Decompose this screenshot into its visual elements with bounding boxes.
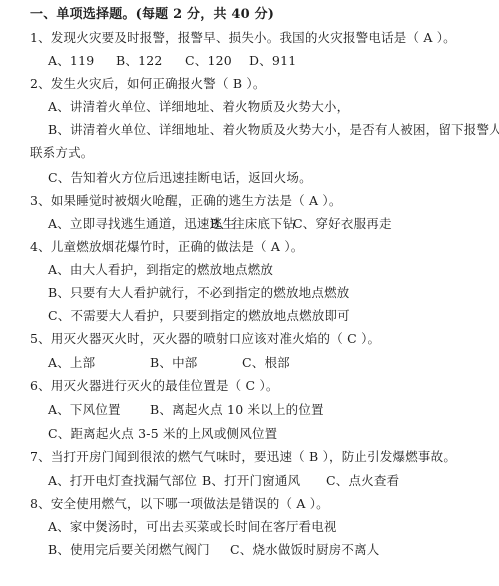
- option-c: C、根部: [242, 355, 290, 371]
- option-b: B、使用完后要关闭燃气阀门: [48, 542, 210, 558]
- option-c: C、点火查看: [326, 473, 399, 489]
- option-a: A、立即寻找逃生通道，迅速逃生: [48, 216, 235, 232]
- question-8-stem: 8、安全使用燃气，以下哪一项做法是错误的（ A ）。: [30, 496, 329, 512]
- option-c: C、120: [185, 53, 232, 69]
- question-7-stem: 7、当打开房门闻到很浓的燃气气味时，要迅速（ B ），防止引发爆燃事故。: [30, 449, 456, 465]
- option-b: B、122: [116, 53, 163, 69]
- question-3-stem: 3、如果睡觉时被烟火呛醒，正确的逃生方法是（ A ）。: [30, 193, 342, 209]
- option-b: B、往床底下钻: [210, 216, 296, 232]
- option-b: B、离起火点 10 米以上的位置: [150, 402, 324, 418]
- question-2-option-b: B、讲清着火单位、详细地址、着火物质及火势大小，是否有人被困，留下报警人姓名及: [48, 122, 499, 138]
- question-4-stem: 4、儿童燃放烟花爆竹时，正确的做法是（ A ）。: [30, 239, 303, 255]
- option-a: A、下风位置: [48, 402, 121, 418]
- question-4-option-c: C、不需要大人看护，只要到指定的燃放地点燃放即可: [48, 308, 350, 324]
- question-4-option-b: B、只要有大人看护就行，不必到指定的燃放地点燃放: [48, 285, 350, 301]
- option-a: A、119: [48, 53, 94, 69]
- question-8-option-a: A、家中煲汤时，可出去买菜或长时间在客厅看电视: [48, 519, 337, 535]
- option-b: B、打开门窗通风: [202, 473, 300, 489]
- question-4-option-a: A、由大人看护，到指定的燃放地点燃放: [48, 262, 273, 278]
- question-5-stem: 5、用灭火器灭火时，灭火器的喷射口应该对准火焰的（ C ）。: [30, 331, 380, 347]
- question-2-option-a: A、讲清着火单位、详细地址、着火物质及火势大小，: [48, 99, 349, 115]
- question-2-option-c: C、告知着火方位后迅速挂断电话，返回火场。: [48, 170, 312, 186]
- section-heading: 一、单项选择题。(每题 2 分，共 40 分): [30, 7, 274, 23]
- option-a: A、打开电灯查找漏气部位: [48, 473, 197, 489]
- question-2-stem: 2、发生火灾后，如何正确报火警（ B ）。: [30, 76, 266, 92]
- option-b: B、中部: [150, 355, 198, 371]
- question-2-option-b-continued: 联系方式。: [30, 145, 94, 161]
- question-1-stem: 1、发现火灾要及时报警，报警早、损失小。我国的火灾报警电话是（ A ）。: [30, 30, 456, 46]
- option-d: D、911: [249, 53, 296, 69]
- question-6-option-c: C、距离起火点 3-5 米的上风或侧风位置: [48, 426, 277, 442]
- option-a: A、上部: [48, 355, 95, 371]
- question-6-stem: 6、用灭火器进行灭火的最佳位置是（ C ）。: [30, 378, 279, 394]
- option-c: C、穿好衣服再走: [293, 216, 392, 232]
- option-c: C、烧水做饭时厨房不离人: [230, 542, 379, 558]
